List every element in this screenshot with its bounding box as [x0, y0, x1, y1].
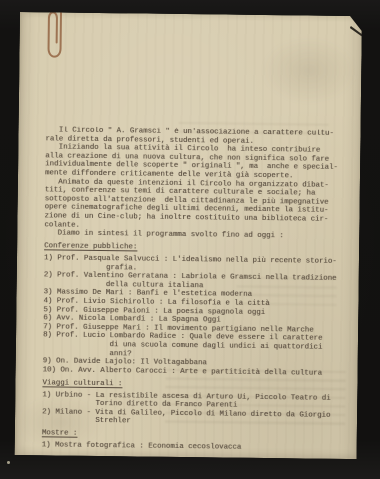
- list-item: 1) Mostra fotografica : Economia cecoslo…: [42, 442, 344, 454]
- paper-speck: [7, 461, 10, 464]
- list-item: 2) Milano - Vita di Galileo, Piccolo di …: [42, 408, 344, 429]
- section-heading: Viaggi culturali :: [42, 379, 344, 391]
- text-column: Il Circolo " A. Gramsci " è un'associazi…: [42, 126, 348, 454]
- section-heading: Mostre :: [42, 430, 344, 442]
- paragraph: Iniziando la sua attività il Circolo ha …: [45, 144, 347, 182]
- text-line: Viaggi culturali :: [42, 379, 344, 391]
- paper-stain: [259, 35, 360, 106]
- paperclip-icon: [45, 10, 70, 72]
- text-line: Conferenze pubbliche:: [44, 243, 346, 255]
- section-heading: Conferenze pubbliche:: [44, 243, 346, 255]
- text-line: 1) Mostra fotografica : Economia cecoslo…: [42, 442, 344, 454]
- list-item: 8) Prof. Lucio Lombardo Radice : Quale d…: [43, 332, 345, 361]
- paper-sheet: Il Circolo " A. Gramsci " è un'associazi…: [15, 12, 362, 459]
- text-line: Mostre :: [42, 430, 344, 442]
- paragraph: Animato da queste intenzioni il Circolo …: [44, 178, 347, 233]
